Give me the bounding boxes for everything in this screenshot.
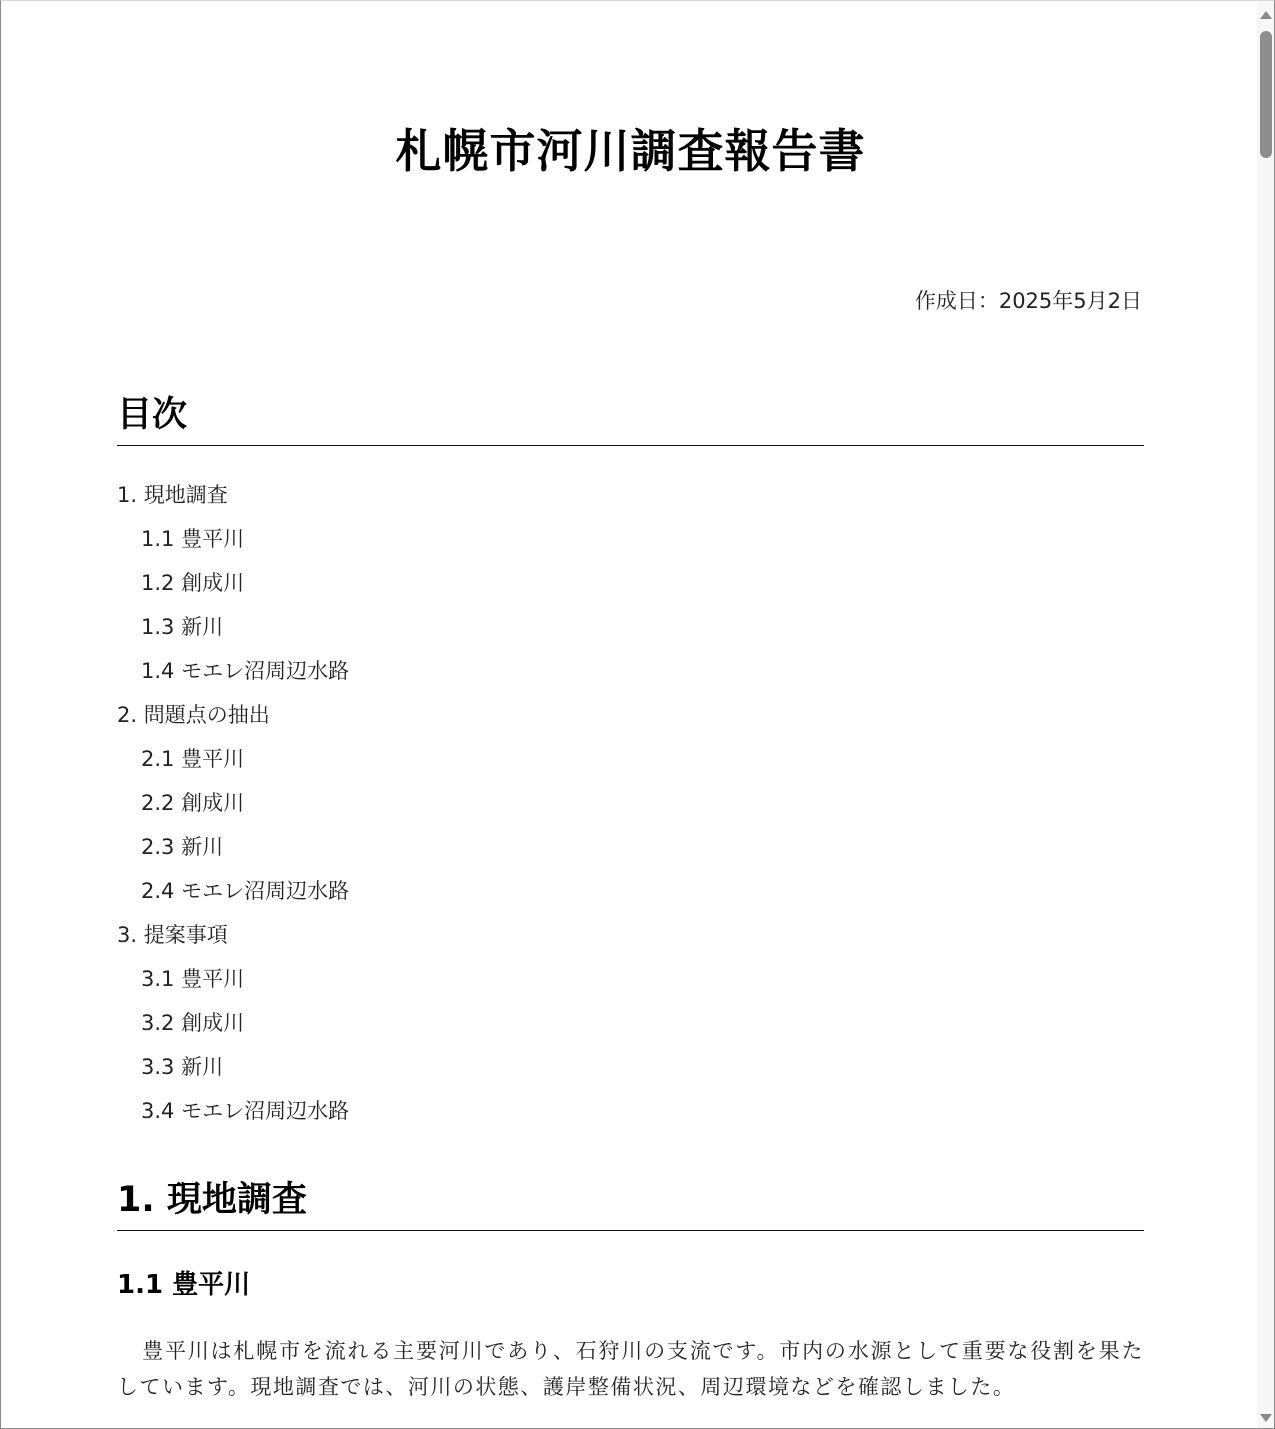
toc-heading: 目次 xyxy=(117,391,1144,446)
toc-link[interactable]: 1.1 豊平川 xyxy=(141,527,244,551)
toc-item[interactable]: 3.3 新川 xyxy=(117,1049,349,1093)
toc-item[interactable]: 1. 現地調査 xyxy=(117,477,349,521)
toc-item[interactable]: 1.1 豊平川 xyxy=(117,521,349,565)
triangle-down-icon[interactable] xyxy=(1260,1414,1272,1422)
toc-link[interactable]: 1. 現地調査 xyxy=(117,483,228,507)
toc-item[interactable]: 3.1 豊平川 xyxy=(117,961,349,1005)
toc-item[interactable]: 2. 問題点の抽出 xyxy=(117,697,349,741)
toc-link[interactable]: 2.3 新川 xyxy=(141,835,223,859)
scrollbar-thumb[interactable] xyxy=(1260,31,1272,158)
toc-link[interactable]: 2.2 創成川 xyxy=(141,791,244,815)
toc-item[interactable]: 2.3 新川 xyxy=(117,829,349,873)
triangle-up-icon[interactable] xyxy=(1260,11,1272,19)
toc-item[interactable]: 1.3 新川 xyxy=(117,609,349,653)
toc-item[interactable]: 3. 提案事項 xyxy=(117,917,349,961)
toc-item[interactable]: 1.2 創成川 xyxy=(117,565,349,609)
toc-link[interactable]: 3.4 モエレ沼周辺水路 xyxy=(141,1099,349,1123)
document-viewport: 札幌市河川調査報告書 作成日：2025年5月2日 目次 1. 現地調査 1.1 … xyxy=(0,0,1275,1429)
body-paragraph: 豊平川は札幌市を流れる主要河川であり、石狩川の支流です。市内の水源として重要な役… xyxy=(117,1333,1144,1405)
toc-link[interactable]: 2.1 豊平川 xyxy=(141,747,244,771)
section-heading: 1. 現地調査 xyxy=(117,1176,1144,1231)
toc-link[interactable]: 3. 提案事項 xyxy=(117,923,228,947)
vertical-scrollbar[interactable] xyxy=(1257,1,1274,1428)
toc-link[interactable]: 3.2 創成川 xyxy=(141,1011,244,1035)
toc-link[interactable]: 2. 問題点の抽出 xyxy=(117,703,270,727)
toc-item[interactable]: 2.2 創成川 xyxy=(117,785,349,829)
toc-link[interactable]: 3.3 新川 xyxy=(141,1055,223,1079)
toc-item[interactable]: 2.1 豊平川 xyxy=(117,741,349,785)
creation-date: 作成日：2025年5月2日 xyxy=(915,286,1142,316)
toc-item[interactable]: 1.4 モエレ沼周辺水路 xyxy=(117,653,349,697)
toc-item[interactable]: 3.4 モエレ沼周辺水路 xyxy=(117,1093,349,1137)
toc-link[interactable]: 2.4 モエレ沼周辺水路 xyxy=(141,879,349,903)
document-title: 札幌市河川調査報告書 xyxy=(117,119,1144,183)
toc-link[interactable]: 1.2 創成川 xyxy=(141,571,244,595)
toc-item[interactable]: 2.4 モエレ沼周辺水路 xyxy=(117,873,349,917)
toc-link[interactable]: 1.3 新川 xyxy=(141,615,223,639)
subsection-heading: 1.1 豊平川 xyxy=(117,1265,250,1305)
table-of-contents: 1. 現地調査 1.1 豊平川 1.2 創成川 1.3 新川 1.4 モエレ沼周… xyxy=(117,477,349,1137)
toc-link[interactable]: 3.1 豊平川 xyxy=(141,967,244,991)
toc-item[interactable]: 3.2 創成川 xyxy=(117,1005,349,1049)
toc-link[interactable]: 1.4 モエレ沼周辺水路 xyxy=(141,659,349,683)
